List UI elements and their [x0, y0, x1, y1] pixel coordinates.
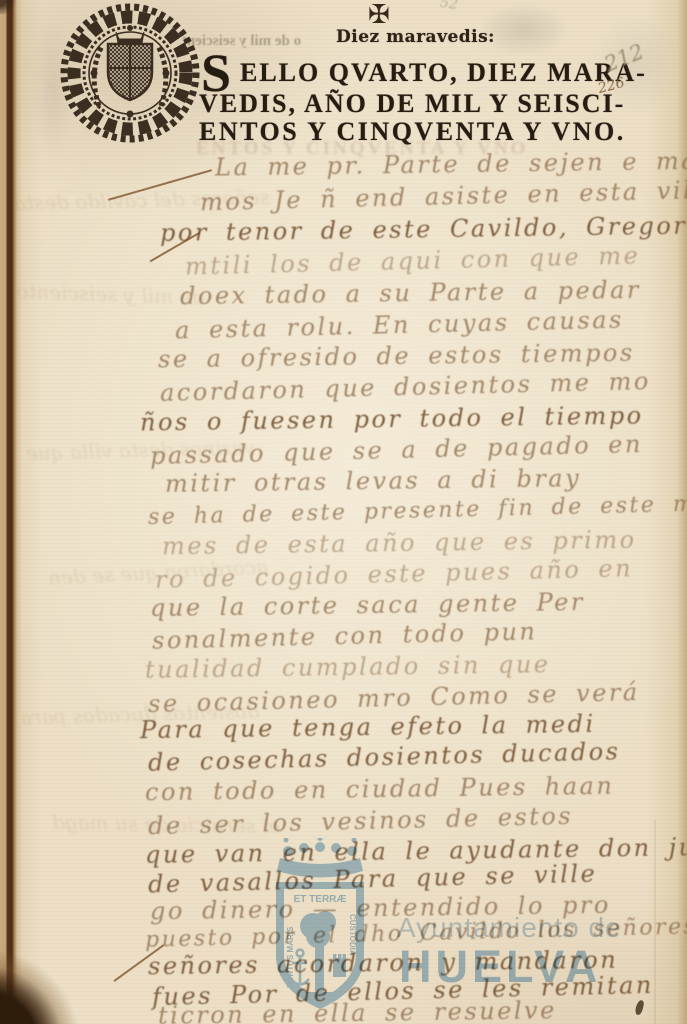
watermark-org-text: Ayuntamiento de [397, 912, 622, 944]
corner-scribble: 52 [439, 0, 459, 13]
tax-stamp-label: Diez maravedis: [336, 27, 495, 47]
manuscript-line: La me pr. Parte de sejen e mari [215, 146, 687, 181]
printed-title-line: VEDIS, AÑO DE MIL Y SEISCI- [199, 89, 625, 119]
manuscript-line: acordaron que dosientos me mo [160, 367, 651, 407]
manuscript-line: de ser los vesinos de estos [148, 802, 574, 840]
manuscript-line: mitir otras levas a di bray [165, 464, 582, 498]
royal-coat-of-arms-seal-icon [55, 2, 205, 148]
manuscript-line: a esta rolu. En cuyas causas [175, 306, 624, 345]
binding-edge [0, 0, 22, 1024]
page-edge [677, 0, 687, 1024]
book-corner-shadow [0, 914, 120, 1024]
manuscript-line: sonalmente con todo pun [152, 617, 538, 654]
book-corner-shadow [0, 0, 30, 14]
manuscript-page-scan: señores del cavildo desta de mil y seisc… [0, 0, 687, 1024]
bleedthrough-text: de mil y seiscientos [6, 279, 205, 310]
manuscript-line: mos Je ñ end asiste en esta villa [200, 176, 687, 217]
shield-motto-top: ET TERRÆ [294, 894, 347, 905]
manuscript-line: tualidad cumplado sin que [145, 650, 551, 684]
manuscript-line: mtili los de aqui con que me [185, 241, 641, 280]
ink-blot [634, 999, 644, 1015]
maltese-cross-mark: ✠ [368, 0, 390, 30]
manuscript-line: con todo en ciudad Pues haan [145, 772, 615, 807]
manuscript-line: doex tado a su Parte a pedar [180, 276, 641, 310]
printed-title-line: ENTOS Y CINQVENTA Y VNO. [199, 117, 626, 147]
huelva-coat-of-arms-icon: ET TERRÆ PORTUS MARIS CUSTODIA [264, 838, 376, 1024]
paper-crease [654, 820, 656, 1024]
manuscript-line: de cosechas dosientos ducados [148, 737, 621, 777]
shield-motto-left: PORTUS MARIS [286, 926, 295, 988]
watermark-city-text: HUELVA [399, 941, 601, 993]
printed-title-line: ELLO QVARTO, DIEZ MARA- [240, 58, 647, 88]
shield-motto-right: CUSTODIA [348, 914, 357, 956]
